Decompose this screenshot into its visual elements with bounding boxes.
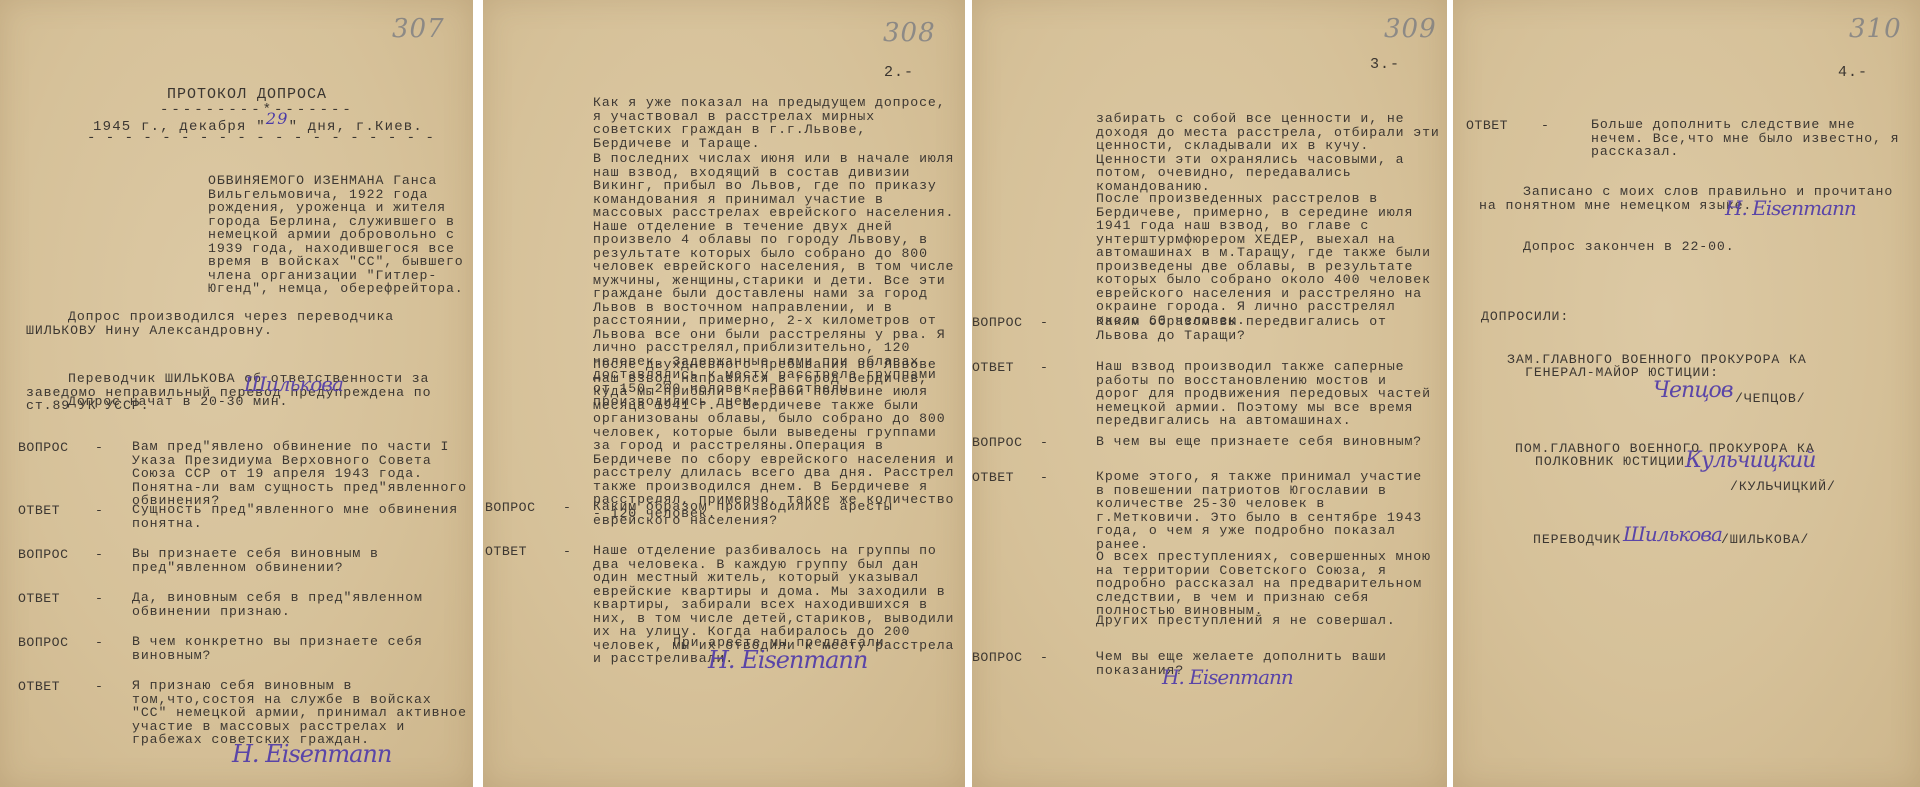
- qa-dash: -: [1541, 118, 1549, 133]
- qa-label: ВОПРОС: [972, 315, 1022, 330]
- accused-signature: H. Eisenmann: [232, 740, 391, 768]
- page-number: 4.-: [1838, 64, 1868, 81]
- official-rank: ПОЛКОВНИК ЮСТИЦИИ:: [1535, 455, 1694, 469]
- qa-text: Вам пред"явлено обвинение по части I Ука…: [132, 440, 468, 508]
- official-name: /КУЛЬЧИЦКИЙ/: [1730, 480, 1836, 494]
- qa-dash: -: [95, 591, 103, 606]
- qa-dash: -: [1040, 650, 1048, 665]
- para-start-time: Допрос начат в 20-30 мин.: [68, 395, 288, 409]
- qa-label: ОТВЕТ: [972, 360, 1014, 375]
- qa-dash: -: [1040, 315, 1048, 330]
- qa-dash: -: [563, 544, 571, 559]
- qa-text: В чем конкретно вы признаете себя виновн…: [132, 635, 468, 662]
- qa-label: ВОПРОС: [18, 440, 68, 455]
- qa-text: В чем вы еще признаете себя виновным?: [1096, 435, 1436, 449]
- interpreter-signature: Шилькова: [1623, 522, 1722, 546]
- folio-number: 310: [1849, 14, 1902, 44]
- paragraph: Как я уже показал на предыдущем допросе,…: [593, 96, 953, 150]
- document-page-309: 309 3.- забирать с собой все ценности и,…: [972, 0, 1447, 787]
- qa-dash: -: [95, 547, 103, 562]
- interpreter-name: /ШИЛЬКОВА/: [1721, 533, 1809, 547]
- qa-label: ВОПРОС: [972, 650, 1022, 665]
- qa-dash: -: [95, 503, 103, 518]
- paragraph: забирать с собой все ценности и, не дохо…: [1096, 112, 1446, 193]
- qa-text: Сущность пред"явленного мне обвинения по…: [132, 503, 468, 530]
- accused-signature: H. Eisenmann: [1162, 665, 1293, 689]
- folio-number: 308: [883, 18, 936, 48]
- qa-dash: -: [1040, 360, 1048, 375]
- page-number: 2.-: [884, 64, 914, 81]
- para-interpreter: Допрос производился через переводчика ШИ…: [26, 310, 466, 337]
- date-day-handwritten: 29: [266, 109, 289, 128]
- qa-text: Я признаю себя виновным в том,что,состоя…: [132, 679, 468, 747]
- accused-signature: H. Eisenmann: [708, 646, 867, 674]
- qa-label: ВОПРОС: [972, 435, 1022, 450]
- official-signature: Кульчицкий: [1685, 448, 1815, 473]
- official-signature: Чепцов: [1653, 378, 1733, 403]
- paragraph: После произведенных расстрелов в Бердиче…: [1096, 192, 1447, 327]
- interpreter-title: ПЕРЕВОДЧИК: [1533, 533, 1621, 547]
- qa-dash: -: [563, 500, 571, 515]
- paragraph: О всех преступлениях, совершенных мною н…: [1096, 550, 1436, 618]
- folio-number: 307: [392, 14, 445, 44]
- qa-label: ОТВЕТ: [18, 679, 60, 694]
- interrogation-end-time: Допрос закончен в 22-00.: [1523, 240, 1735, 254]
- qa-label: ОТВЕТ: [972, 470, 1014, 485]
- qa-label: ОТВЕТ: [18, 591, 60, 606]
- qa-text: Больше дополнить следствие мне нечем. Вс…: [1591, 118, 1911, 159]
- qa-text: Да, виновным себя в пред"явленном обвине…: [132, 591, 468, 618]
- interrogators-heading: ДОПРОСИЛИ:: [1481, 310, 1569, 324]
- title-underline: ---------*-------: [160, 102, 354, 118]
- subject-description: ОБВИНЯЕМОГО ИЗЕНМАНА Ганса Вильгельмович…: [208, 174, 466, 296]
- qa-label: ВОПРОС: [18, 547, 68, 562]
- interpreter-signature: Шилькова: [244, 372, 343, 396]
- date-underline: - - - - - - - - - - - - - - - - - - -: [87, 130, 435, 146]
- qa-text: Каким образом вы передвигались от Львова…: [1096, 315, 1426, 342]
- qa-dash: -: [1040, 435, 1048, 450]
- page-number: 3.-: [1370, 56, 1400, 73]
- qa-label: ВОПРОС: [485, 500, 535, 515]
- qa-text: Каким образом производились аресты еврей…: [593, 500, 955, 527]
- qa-label: ОТВЕТ: [1466, 118, 1508, 133]
- qa-label: ОТВЕТ: [485, 544, 527, 559]
- document-page-310: 310 4.- ОТВЕТ - Больше дополнить следств…: [1453, 0, 1920, 787]
- qa-text: Кроме этого, я также принимал участие в …: [1096, 470, 1436, 551]
- qa-text: Вы признаете себя виновным в пред"явленн…: [132, 547, 468, 574]
- qa-dash: -: [95, 635, 103, 650]
- accused-signature: H. Eisenmann: [1725, 196, 1856, 220]
- document-page-308: 308 2.- Как я уже показал на предыдущем …: [483, 0, 965, 787]
- qa-dash: -: [95, 679, 103, 694]
- qa-label: ВОПРОС: [18, 635, 68, 650]
- official-name: /ЧЕПЦОВ/: [1735, 392, 1806, 406]
- qa-dash: -: [95, 440, 103, 455]
- qa-text: Наш взвод производил также саперные рабо…: [1096, 360, 1436, 428]
- qa-dash: -: [1040, 470, 1048, 485]
- qa-label: ОТВЕТ: [18, 503, 60, 518]
- document-page-307: 307 ПРОТОКОЛ ДОПРОСА ---------*------- 1…: [0, 0, 473, 787]
- folio-number: 309: [1384, 14, 1437, 44]
- paragraph: После двухдневного пребывания во Львове …: [593, 358, 955, 520]
- document-title: ПРОТОКОЛ ДОПРОСА: [167, 86, 327, 103]
- paragraph: Других преступлений я не совершал.: [1096, 614, 1436, 628]
